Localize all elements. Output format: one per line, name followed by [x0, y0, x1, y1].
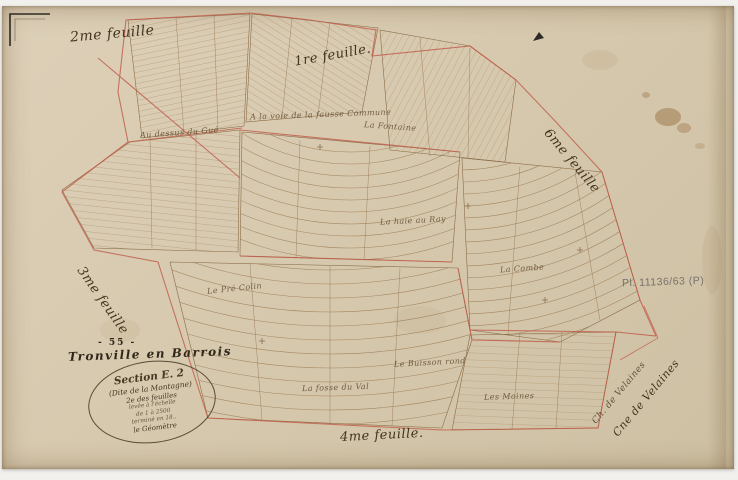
department-number: - 55 -: [98, 338, 136, 348]
ink-mark: [533, 32, 544, 41]
corner-mark: [10, 14, 50, 46]
scanned-cadastral-map: 2me feuille 1re feuille. 6me feuille 3me…: [0, 0, 738, 480]
map-sheet-paper: 2me feuille 1re feuille. 6me feuille 3me…: [2, 6, 734, 469]
lieu-dit-label: Les Moines: [484, 391, 535, 402]
